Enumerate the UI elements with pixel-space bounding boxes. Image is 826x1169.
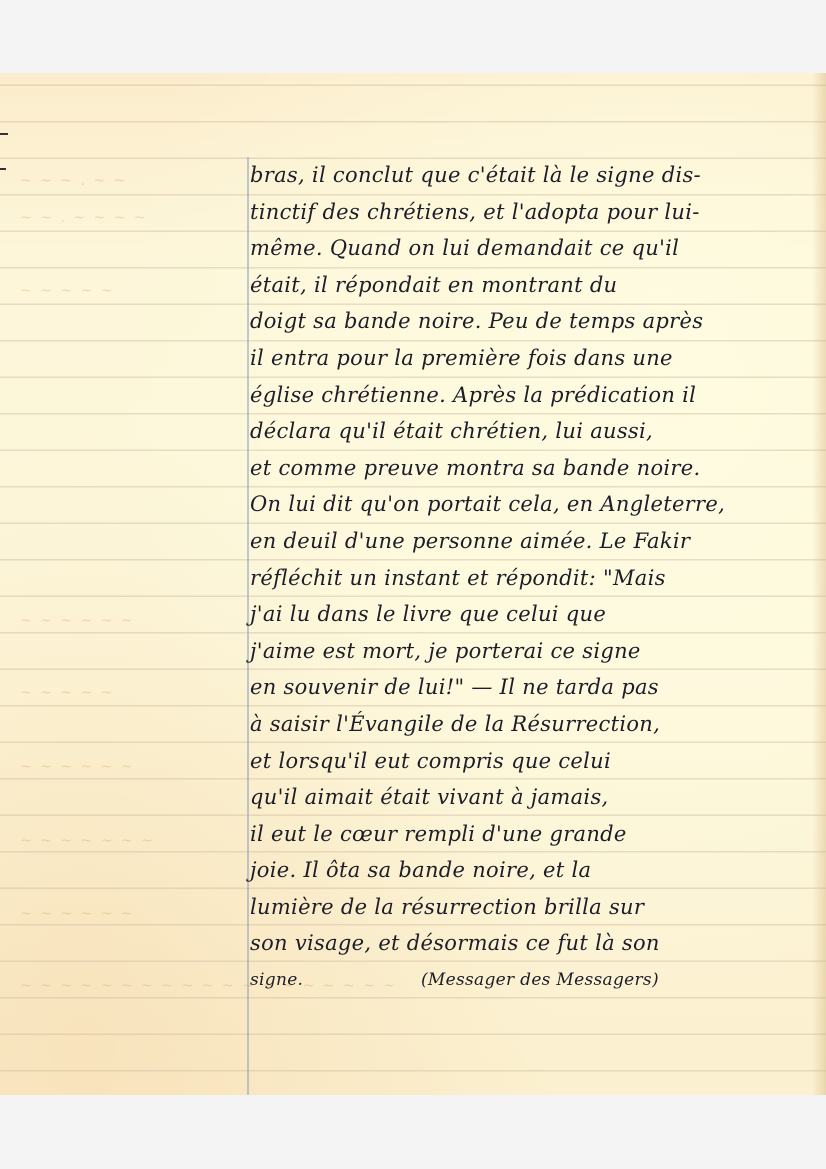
text-line: j'aime est mort, je porterai ce signe (250, 633, 820, 670)
ink-showthrough: ~ ~ . ~ ~ ~ ~ (20, 210, 148, 226)
ink-showthrough: ~ ~ ~ ~ ~ (20, 283, 114, 299)
text-line: à saisir l'Évangile de la Résurrection, (250, 706, 820, 743)
ink-showthrough: ~ ~ ~ ~ ~ ~ ~ (20, 833, 155, 849)
margin-rule (247, 157, 249, 1095)
text-line: On lui dit qu'on portait cela, en Anglet… (250, 486, 820, 523)
text-line: église chrétienne. Après la prédication … (250, 377, 820, 414)
binding-mark (0, 133, 8, 135)
text-line: réfléchit un instant et répondit: "Mais (250, 560, 820, 597)
text-line: et lorsqu'il eut compris que celui (250, 743, 820, 780)
text-line: doigt sa bande noire. Peu de temps après (250, 303, 820, 340)
final-line: signe. (Messager des Messagers) (250, 962, 820, 999)
ink-showthrough: ~ ~ ~ . ~ ~ (20, 173, 127, 189)
ink-showthrough: ~ ~ ~ ~ ~ ~ (20, 906, 135, 922)
text-line: lumière de la résurrection brilla sur (250, 889, 820, 926)
ink-showthrough: ~ ~ ~ ~ ~ ~ (20, 759, 135, 775)
text-line: qu'il aimait était vivant à jamais, (250, 779, 820, 816)
text-line: en souvenir de lui!" — Il ne tarda pas (250, 669, 820, 706)
text-line: tinctif des chrétiens, et l'adopta pour … (250, 194, 820, 231)
binding-mark (0, 168, 6, 170)
text-line: et comme preuve montra sa bande noire. (250, 450, 820, 487)
closing-word: signe. (250, 970, 303, 990)
text-line: il eut le cœur rempli d'une grande (250, 816, 820, 853)
text-line: j'ai lu dans le livre que celui que (250, 596, 820, 633)
text-line: déclara qu'il était chrétien, lui aussi, (250, 413, 820, 450)
source-attribution: (Messager des Messagers) (421, 970, 659, 990)
text-line: il entra pour la première fois dans une (250, 340, 820, 377)
text-line: joie. Il ôta sa bande noire, et la (250, 852, 820, 889)
manuscript-page: ~ ~ ~ . ~ ~ ~ ~ . ~ ~ ~ ~ ~ ~ ~ ~ ~ ~ ~ … (0, 73, 826, 1095)
ink-showthrough: ~ ~ ~ ~ ~ (20, 685, 114, 701)
text-line: en deuil d'une personne aimée. Le Fakir (250, 523, 820, 560)
text-line: son visage, et désormais ce fut là son (250, 925, 820, 962)
ink-showthrough: ~ ~ ~ ~ ~ ~ (20, 613, 135, 629)
text-line: même. Quand on lui demandait ce qu'il (250, 230, 820, 267)
text-line: était, il répondait en montrant du (250, 267, 820, 304)
text-line: bras, il conclut que c'était là le signe… (250, 157, 820, 194)
handwritten-text: bras, il conclut que c'était là le signe… (250, 157, 820, 999)
